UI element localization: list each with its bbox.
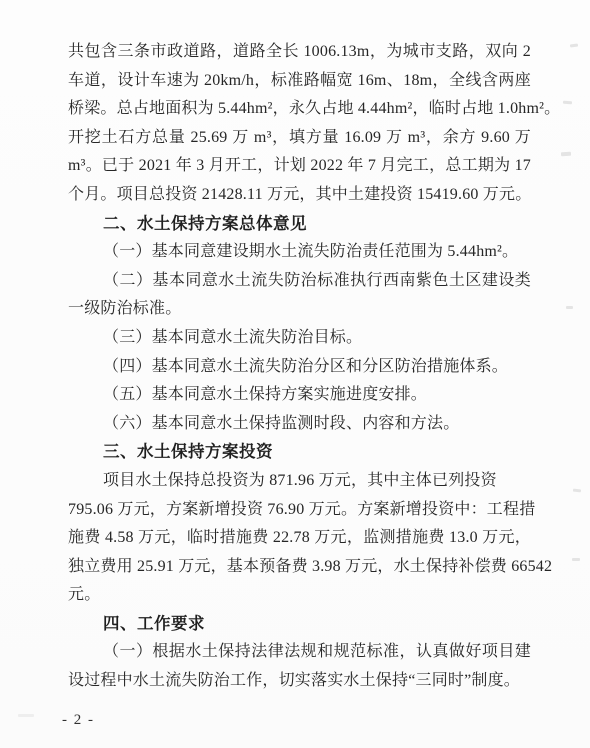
scan-artifact bbox=[563, 101, 572, 105]
document-line: 共包含三条市政道路，道路全长 1006.13m，为城市支路，双向 2 bbox=[68, 38, 531, 67]
scan-artifact bbox=[18, 714, 34, 717]
document-line: 设过程中水土流失防治工作，切实落实水土保持“三同时”制度。 bbox=[68, 667, 531, 696]
scanned-document-page: 共包含三条市政道路，道路全长 1006.13m，为城市支路，双向 2 车道，设计… bbox=[0, 0, 590, 748]
document-line: （四）基本同意水土流失防治分区和分区防治措施体系。 bbox=[68, 353, 531, 382]
scan-artifact bbox=[566, 306, 573, 309]
document-line: 元。 bbox=[68, 581, 531, 610]
document-line: 独立费用 25.91 万元，基本预备费 3.98 万元，水土保持补偿费 6654… bbox=[68, 553, 531, 582]
section-heading: 四、工作要求 bbox=[68, 610, 531, 639]
document-line: 开挖土石方总量 25.69 万 m³，填方量 16.09 万 m³，余方 9.6… bbox=[68, 124, 531, 153]
document-line: m³。已于 2021 年 3 月开工，计划 2022 年 7 月完工，总工期为 … bbox=[68, 152, 531, 181]
document-line: 项目水土保持总投资为 871.96 万元，其中主体已列投资 bbox=[68, 467, 531, 496]
document-line: （一）基本同意建设期水土流失防治责任范围为 5.44hm²。 bbox=[68, 238, 531, 267]
document-line: 桥梁。总占地面积为 5.44hm²，永久占地 4.44hm²，临时占地 1.0h… bbox=[68, 95, 531, 124]
document-line: （一）根据水土保持法律法规和规范标准，认真做好项目建 bbox=[68, 638, 531, 667]
document-line: 车道，设计车速为 20km/h，标准路幅宽 16m、18m，全线含两座 bbox=[68, 67, 531, 96]
section-heading: 二、水土保持方案总体意见 bbox=[68, 210, 531, 239]
document-line: 个月。项目总投资 21428.11 万元，其中土建投资 15419.60 万元。 bbox=[68, 181, 531, 210]
scan-artifact bbox=[570, 43, 578, 47]
document-line: 一级防治标准。 bbox=[68, 295, 531, 324]
scan-artifact bbox=[561, 152, 571, 157]
document-line: （六）基本同意水土保持监测时段、内容和方法。 bbox=[68, 410, 531, 439]
scan-artifact bbox=[572, 558, 580, 561]
document-line: 795.06 万元，方案新增投资 76.90 万元。方案新增投资中：工程措 bbox=[68, 496, 531, 525]
page-number: - 2 - bbox=[62, 709, 95, 731]
section-heading: 三、水土保持方案投资 bbox=[68, 438, 531, 467]
document-line: （三）基本同意水土流失防治目标。 bbox=[68, 324, 531, 353]
scan-artifact bbox=[573, 489, 581, 493]
document-body: 共包含三条市政道路，道路全长 1006.13m，为城市支路，双向 2 车道，设计… bbox=[68, 38, 531, 696]
document-line: （二）基本同意水土流失防治标准执行西南紫色土区建设类 bbox=[68, 267, 531, 296]
document-line: 施费 4.58 万元，临时措施费 22.78 万元，监测措施费 13.0 万元， bbox=[68, 524, 531, 553]
document-line: （五）基本同意水土保持方案实施进度安排。 bbox=[68, 381, 531, 410]
